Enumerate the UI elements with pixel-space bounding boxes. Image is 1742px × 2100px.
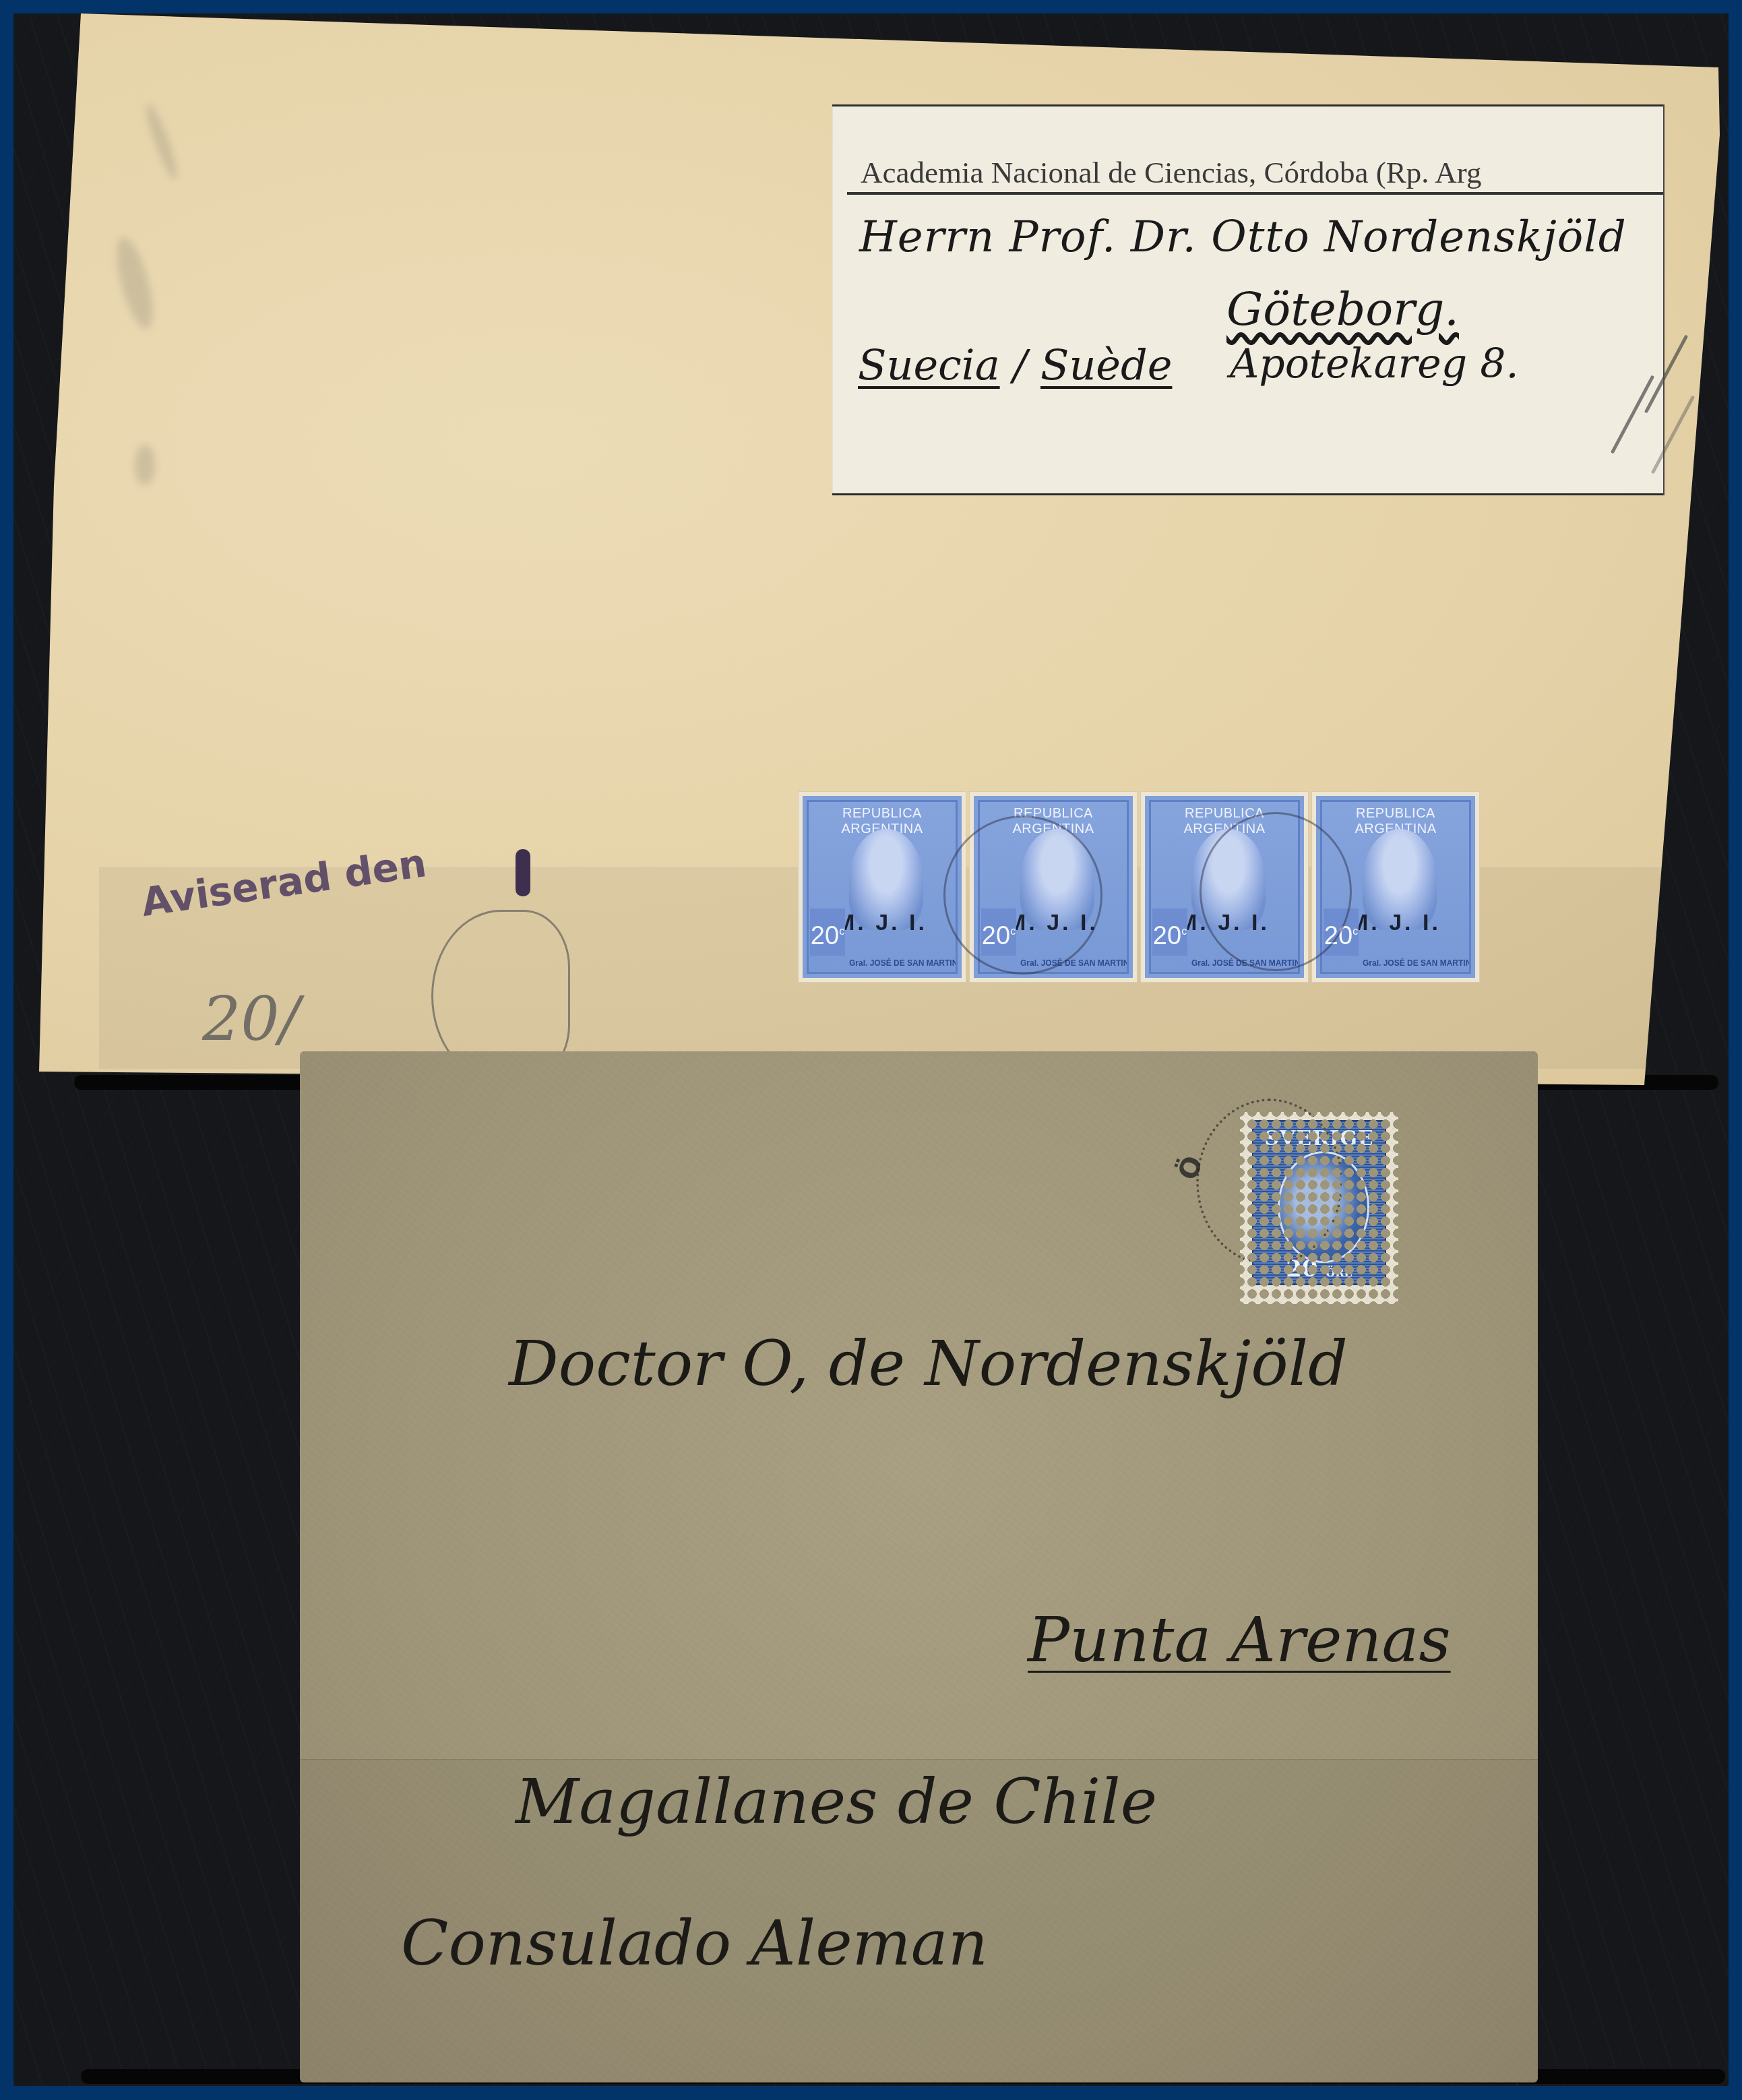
bottom-cover: SVERIGE 20 ÖRE Ö Doctor O, de Nordenskjö… — [300, 1051, 1538, 2082]
stamp-value: 20 ÖRE — [1253, 1256, 1385, 1283]
stamp-country: SVERIGE — [1253, 1127, 1385, 1150]
smudge — [142, 101, 182, 182]
stamp-overprint: M. J. I. — [836, 910, 927, 936]
stamp-caption: Gral. JOSÉ DE SAN MARTIN — [849, 958, 958, 968]
recipient-street: Apotekareg 8. — [1230, 340, 1519, 388]
portrait-oscar-ii — [1278, 1151, 1369, 1263]
address-label: Academia Nacional de Ciencias, Córdoba (… — [832, 104, 1665, 495]
pencil-stroke — [1651, 395, 1695, 474]
pencil-marks — [1604, 330, 1705, 465]
cancel-postmark — [1200, 812, 1352, 971]
stamp-argentina: REPUBLICA ARGENTINA M. J. I. 20c Gral. J… — [799, 792, 966, 982]
stamp-value: 20c — [810, 908, 845, 956]
country-french: Suède — [1040, 340, 1172, 390]
pencil-notation: 20/ — [202, 984, 300, 1055]
recipient-city: Göteborg. — [1226, 283, 1459, 336]
label-header-rule — [847, 192, 1665, 195]
stamp-frame: SVERIGE 20 ÖRE — [1252, 1120, 1386, 1285]
stamp-caption: Gral. JOSÉ DE SAN MARTIN — [1363, 958, 1471, 968]
stamp-sweden: SVERIGE 20 ÖRE — [1240, 1112, 1398, 1304]
pencil-stroke — [1644, 334, 1688, 413]
address-name: Doctor O, de Nordenskjöld — [509, 1328, 1348, 1400]
album-page: Academia Nacional de Ciencias, Córdoba (… — [13, 13, 1729, 2086]
recipient-name: Herrn Prof. Dr. Otto Nordenskjöld — [859, 212, 1627, 262]
pencil-stroke — [1611, 375, 1654, 454]
argentine-stamp-strip: REPUBLICA ARGENTINA M. J. I. 20c Gral. J… — [799, 792, 1479, 987]
mount-edge — [300, 1759, 1538, 1760]
country-spanish: Suecia — [858, 340, 1000, 390]
stamp-value: 20c — [1152, 908, 1187, 956]
recipient-country: Suecia / Suède — [858, 340, 1172, 390]
smudge — [110, 234, 160, 332]
address-consulate: Consulado Aleman — [401, 1907, 988, 1979]
address-city: Punta Arenas — [1028, 1604, 1451, 1676]
crayon-mark — [516, 849, 530, 896]
institution-header: Academia Nacional de Ciencias, Córdoba (… — [861, 155, 1481, 190]
address-region: Magallanes de Chile — [516, 1766, 1157, 1838]
smudge — [135, 445, 155, 485]
stamp-overprint: M. J. I. — [1349, 910, 1441, 936]
label-bottom-rule — [832, 493, 1665, 495]
label-top-rule — [832, 104, 1665, 106]
top-cover: Academia Nacional de Ciencias, Córdoba (… — [13, 13, 1729, 1092]
cancel-postmark — [943, 815, 1102, 975]
